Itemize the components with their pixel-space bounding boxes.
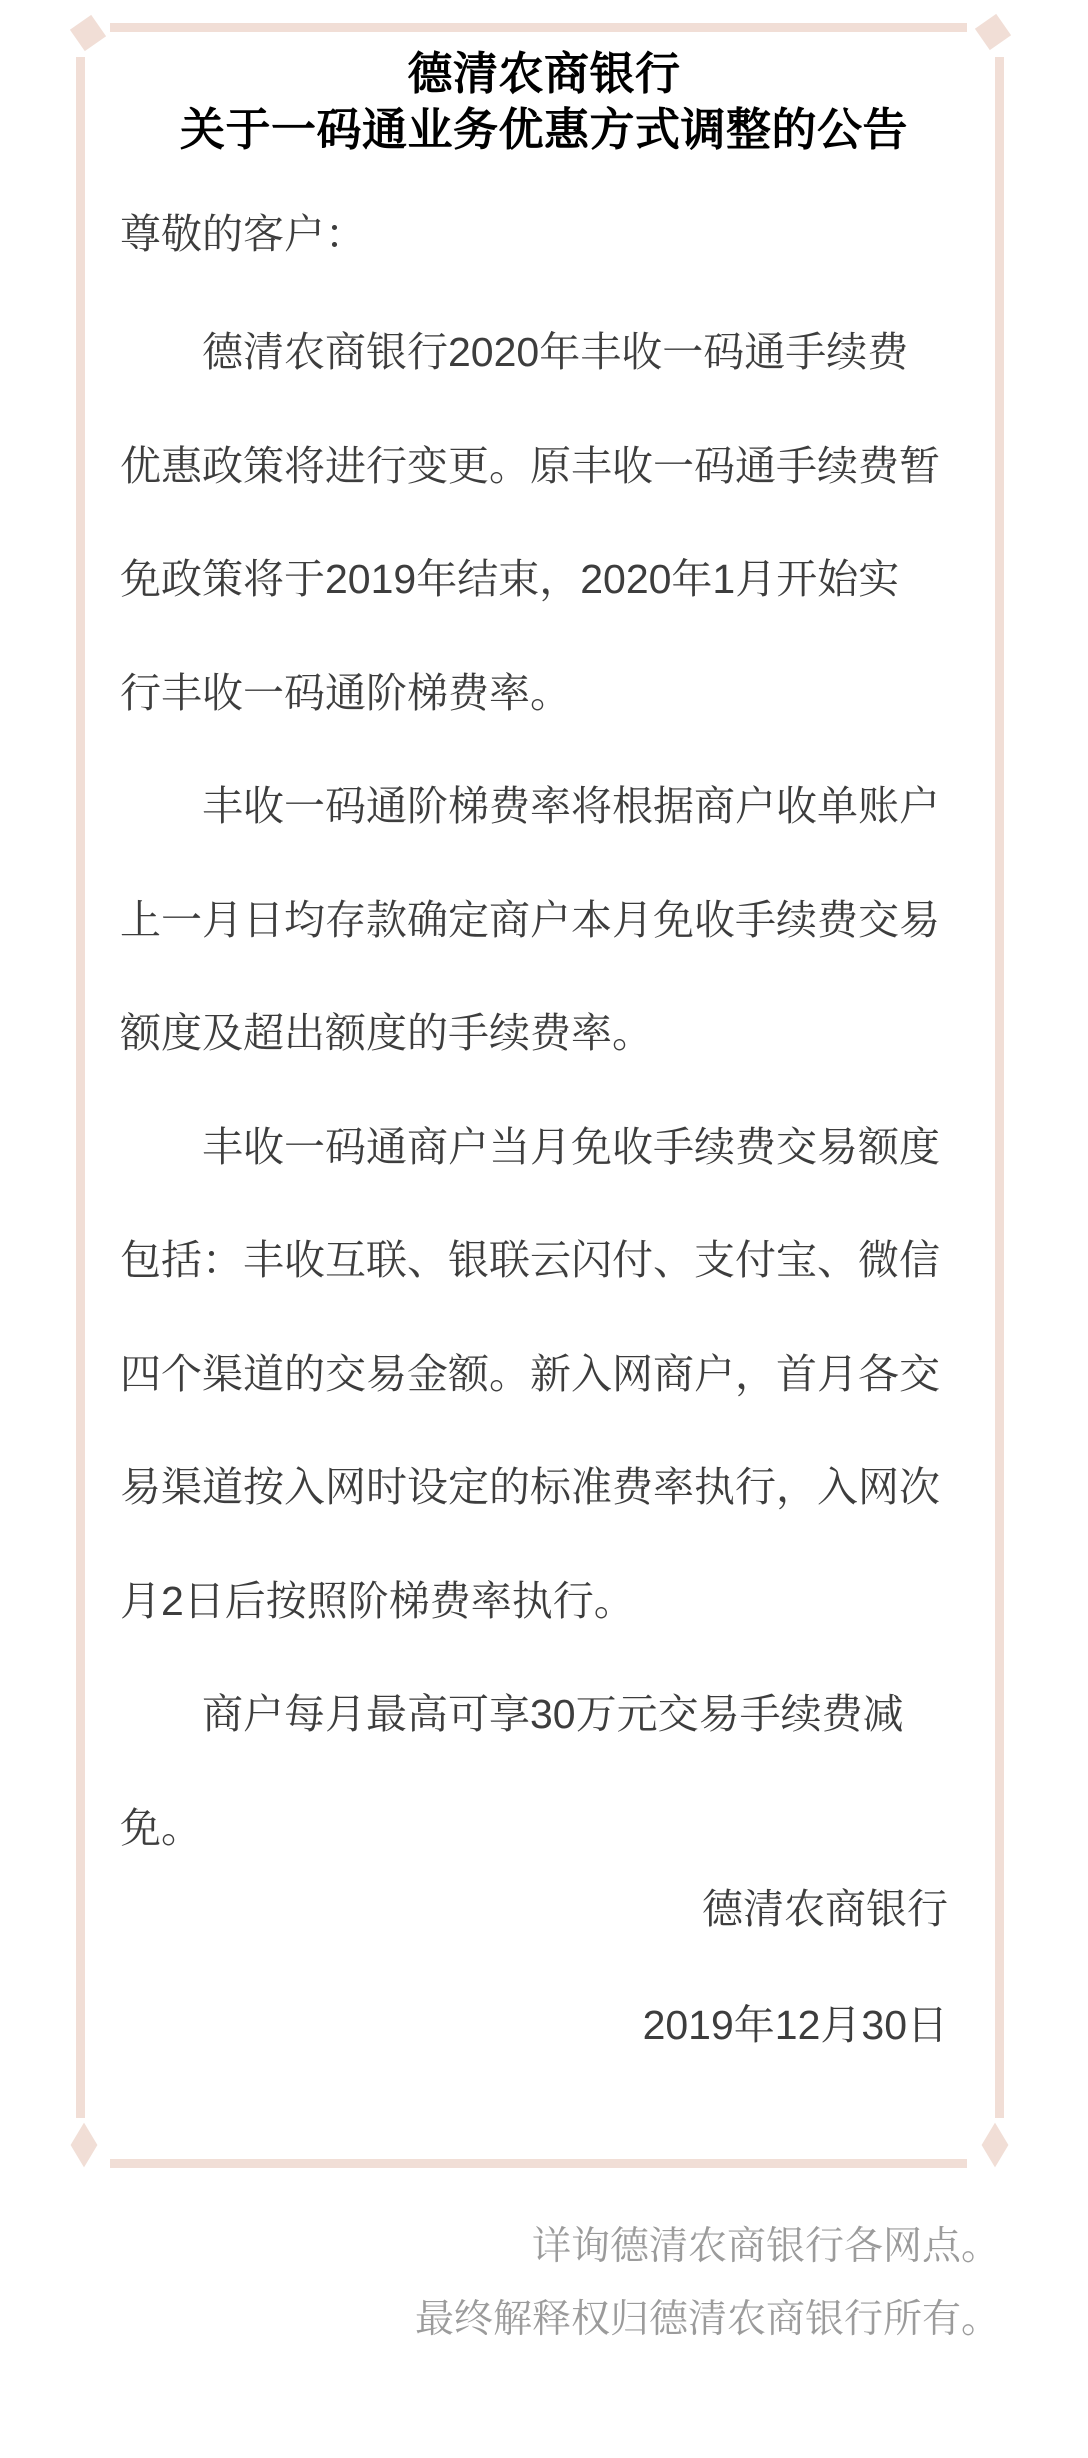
announcement-title-subject: 关于一码通业务优惠方式调整的公告 xyxy=(0,102,1088,158)
footer-notes: 详询德清农商银行各网点。 最终解释权归德清农商银行所有。 xyxy=(415,2210,1000,2356)
frame-top-line xyxy=(110,23,967,32)
paragraph-2-line-2: 上一月日均存款确定商户本月免收手续费交易 xyxy=(120,864,952,978)
corner-diamond-bottom-right-icon xyxy=(982,2123,1009,2168)
paragraph-3-line-4: 易渠道按入网时设定的标准费率执行，入网次 xyxy=(120,1431,952,1545)
corner-diamond-bottom-left-icon xyxy=(71,2123,98,2168)
paragraph-2-line-3: 额度及超出额度的手续费率。 xyxy=(120,977,952,1091)
paragraph-3-line-1: 丰收一码通商户当月免收手续费交易额度 xyxy=(120,1091,952,1205)
announcement-body: 德清农商银行2020年丰收一码通手续费 优惠政策将进行变更。原丰收一码通手续费暂… xyxy=(120,296,952,1885)
paragraph-1-line-3: 免政策将于2019年结束，2020年1月开始实 xyxy=(120,523,952,637)
announcement-date: 2019年12月30日 xyxy=(643,2001,948,2049)
paragraph-1-line-2: 优惠政策将进行变更。原丰收一码通手续费暂 xyxy=(120,410,952,524)
frame-bottom-line xyxy=(110,2159,967,2168)
paragraph-3-line-5: 月2日后按照阶梯费率执行。 xyxy=(120,1545,952,1659)
paragraph-4-line-1: 商户每月最高可享30万元交易手续费减 xyxy=(120,1658,952,1772)
footer-note-disclaimer: 最终解释权归德清农商银行所有。 xyxy=(415,2283,1000,2356)
salutation: 尊敬的客户： xyxy=(120,210,366,258)
frame-right-line xyxy=(995,57,1004,2118)
paragraph-2-line-1: 丰收一码通阶梯费率将根据商户收单账户 xyxy=(120,750,952,864)
corner-diamond-top-right-icon xyxy=(975,14,1011,50)
announcement-page: 德清农商银行 关于一码通业务优惠方式调整的公告 尊敬的客户： 德清农商银行202… xyxy=(0,0,1088,2458)
paragraph-1-line-1: 德清农商银行2020年丰收一码通手续费 xyxy=(120,296,952,410)
signature-bank-name: 德清农商银行 xyxy=(702,1885,948,1933)
paragraph-3-line-2: 包括：丰收互联、银联云闪付、支付宝、微信 xyxy=(120,1204,952,1318)
frame-left-line xyxy=(76,57,85,2118)
paragraph-4-line-2: 免。 xyxy=(120,1772,952,1886)
footer-note-contact: 详询德清农商银行各网点。 xyxy=(415,2210,1000,2283)
announcement-title-bank-name: 德清农商银行 xyxy=(0,46,1088,102)
paragraph-1-line-4: 行丰收一码通阶梯费率。 xyxy=(120,637,952,751)
paragraph-3-line-3: 四个渠道的交易金额。新入网商户，首月各交 xyxy=(120,1318,952,1432)
